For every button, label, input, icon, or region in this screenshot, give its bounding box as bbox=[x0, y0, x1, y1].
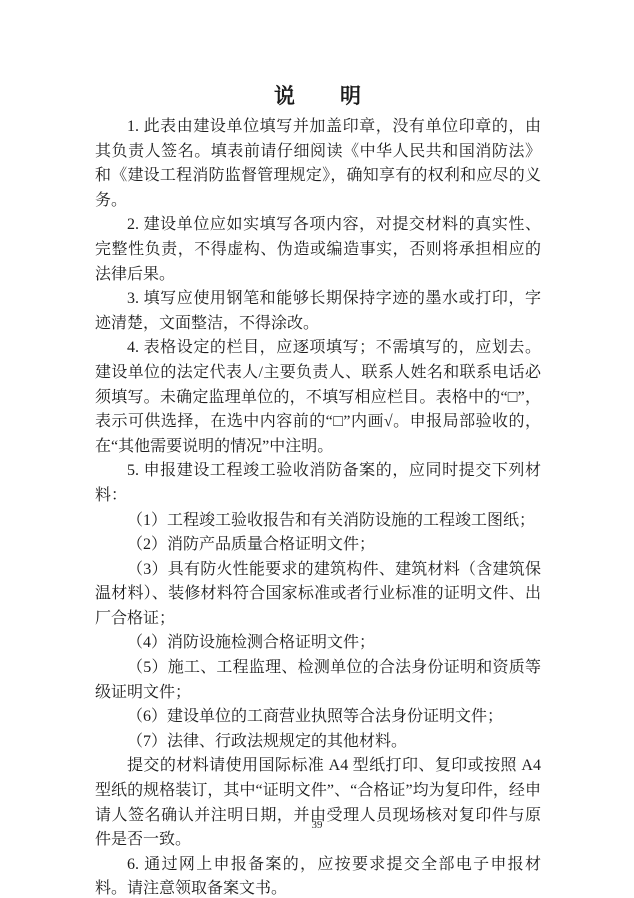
paragraph: （5）施工、工程监理、检测单位的合法身份证明和资质等级证明文件； bbox=[95, 656, 541, 705]
paragraph: 6. 通过网上申报备案的，应按要求提交全部电子申报材料。请注意领取备案文书。 bbox=[95, 853, 541, 898]
paragraph: （3）具有防火性能要求的建筑构件、建筑材料（含建筑保温材料）、装修材料符合国家标… bbox=[95, 558, 541, 632]
paragraph: （6）建设单位的工商营业执照等合法身份证明文件； bbox=[95, 705, 541, 730]
paragraph: 2. 建设单位应如实填写各项内容，对提交材料的真实性、完整性负责，不得虚构、伪造… bbox=[95, 213, 541, 287]
paragraph: （2）消防产品质量合格证明文件； bbox=[95, 533, 541, 558]
paragraph: 提交的材料请使用国际标准 A4 型纸打印、复印或按照 A4 型纸的规格装订，其中… bbox=[95, 754, 541, 852]
instructions-body: 1. 此表由建设单位填写并加盖印章，没有单位印章的，由其负责人签名。填表前请仔细… bbox=[95, 115, 541, 898]
page-number: 39 bbox=[0, 819, 634, 831]
document-page: 说 明 1. 此表由建设单位填写并加盖印章，没有单位印章的，由其负责人签名。填表… bbox=[0, 0, 634, 898]
paragraph: 3. 填写应使用钢笔和能够长期保持字迹的墨水或打印，字迹清楚，文面整洁，不得涂改… bbox=[95, 287, 541, 336]
page-title: 说 明 bbox=[95, 84, 541, 108]
paragraph: 1. 此表由建设单位填写并加盖印章，没有单位印章的，由其负责人签名。填表前请仔细… bbox=[95, 115, 541, 213]
paragraph: （1）工程竣工验收报告和有关消防设施的工程竣工图纸； bbox=[95, 509, 541, 534]
paragraph: 5. 申报建设工程竣工验收消防备案的，应同时提交下列材料： bbox=[95, 459, 541, 508]
instructions-content: 说 明 1. 此表由建设单位填写并加盖印章，没有单位印章的，由其负责人签名。填表… bbox=[95, 84, 541, 898]
paragraph: （4）消防设施检测合格证明文件； bbox=[95, 631, 541, 656]
paragraph: 4. 表格设定的栏目，应逐项填写；不需填写的，应划去。建设单位的法定代表人/主要… bbox=[95, 336, 541, 459]
paragraph: （7）法律、行政法规规定的其他材料。 bbox=[95, 730, 541, 755]
